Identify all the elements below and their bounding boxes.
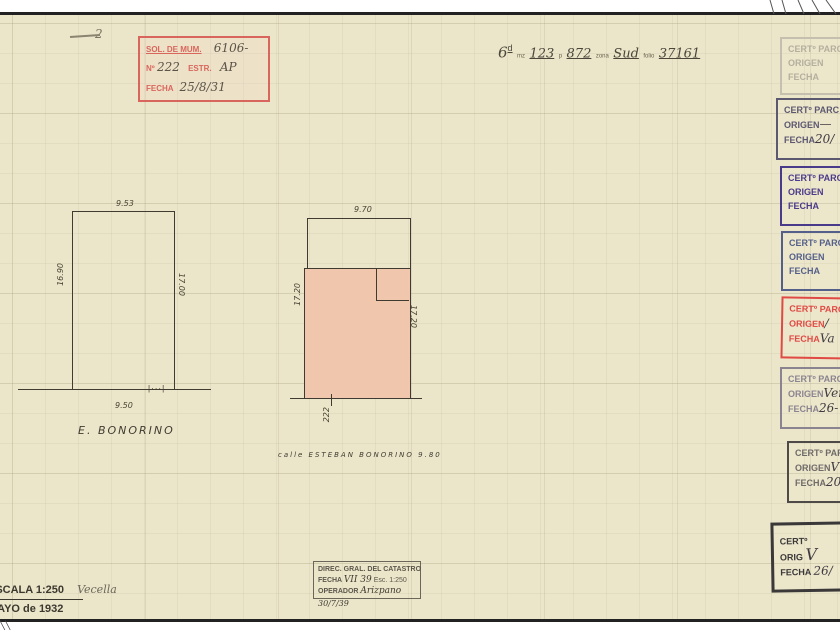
catastro-escala: Esc. 1:250 <box>374 577 407 584</box>
lot-left-left-depth: 16.90 <box>56 263 65 286</box>
lot-right-front-tick <box>331 394 332 406</box>
cert-origen: ORIGEN <box>795 463 831 473</box>
cadastral-plan-sheet: 2 6d mz 123 p 872 zona Sud folio 37161 S… <box>0 12 840 622</box>
ref-prefix-sup: d <box>508 43 513 53</box>
scale-block: ESCALA 1:250 Vecella MAYO de 1932 <box>0 581 117 618</box>
ref-value-4: 37161 <box>659 46 700 61</box>
cert-fecha-value: 20 <box>826 475 840 489</box>
catastro-operador-value: Arizpano <box>360 586 401 596</box>
fecha-value: 25/8/31 <box>180 80 226 94</box>
page-corner-mark: ╲╲ <box>0 621 11 630</box>
estr-value: AP <box>220 60 237 74</box>
cert-fecha: FECHA <box>780 567 811 578</box>
sol-label: SOL. DE MUM. <box>146 45 202 54</box>
cert-fecha: FECHA <box>784 135 815 145</box>
ref-label-3: zona <box>596 53 609 59</box>
cert-fecha: FECHA <box>788 70 840 84</box>
cert-stamp-6: CERTº PARC ORIGENVen FECHA26- <box>780 367 840 429</box>
catastro-stamp: DIREC. GRAL. DEL CATASTRO FECHA VII 39 E… <box>313 561 421 599</box>
ref-value-3: Sud <box>613 46 639 61</box>
scale-label: ESCALA 1:250 <box>0 584 64 596</box>
cert-origen: ORIGEN <box>788 389 824 399</box>
cert-origen-value: / <box>824 316 828 330</box>
lot-right-top-width: 9.70 <box>354 205 372 214</box>
cert-origen: ORIGEN <box>784 120 820 130</box>
num-label: Nº <box>146 64 155 73</box>
cert-fecha: FECHA <box>788 404 819 414</box>
cert-origen-value: Ven <box>824 386 840 400</box>
lot-left-front-width: 9.50 <box>115 401 133 410</box>
lot-left-right-depth: 17.00 <box>177 273 186 296</box>
cert-stamp-2: CERTº PARC ORIGEN— FECHA20/ <box>776 98 840 160</box>
date-label: MAYO de 1932 <box>0 603 63 615</box>
cert-title: CERTº PARC <box>789 236 840 250</box>
cert-fecha-value: Va <box>820 331 835 345</box>
cert-stamp-3: CERTº PARC ORIGEN FECHA <box>780 166 840 226</box>
cert-stamp-5: CERTº PARC ORIGEN/ FECHAVa <box>780 296 840 359</box>
cert-origen: ORIGEN <box>789 250 840 264</box>
catastro-operador-label: OPERADOR <box>318 588 358 595</box>
lot-left-frontline <box>18 389 211 390</box>
cert-title: CERTº PARC <box>788 171 840 185</box>
cert-fecha: FECHA <box>789 264 840 278</box>
solicitud-stamp: SOL. DE MUM. 6106- Nº 222 ESTR. AP FECHA… <box>138 36 270 102</box>
cert-origen-value: — <box>820 117 832 131</box>
cert-title: CERTº PARC <box>795 446 840 460</box>
num-value: 222 <box>157 60 180 74</box>
cert-fecha: FECHA <box>789 334 820 345</box>
fecha-label: FECHA <box>146 84 173 93</box>
catastro-title: DIREC. GRAL. DEL CATASTRO <box>318 564 416 575</box>
lot-right-left-depth: 17.20 <box>293 283 302 306</box>
surveyor-signature: Vecella <box>77 583 117 596</box>
lot-left-outline <box>72 211 175 389</box>
sol-value: 6106- <box>214 41 249 55</box>
catastro-fecha-value: VII 39 <box>344 575 372 585</box>
lot-right-frontline <box>290 398 422 399</box>
cert-origen-value: V <box>831 460 840 474</box>
cert-origen: ORIGEN <box>789 319 825 330</box>
cert-fecha: FECHA <box>795 478 826 488</box>
cert-fecha-value: 26/ <box>813 564 833 578</box>
lot-right-right-depth: 17.20 <box>409 305 418 328</box>
cert-stamp-7: CERTº PARC ORIGENV FECHA20 <box>787 441 840 503</box>
header-reference: 6d mz 123 p 872 zona Sud folio 37161 <box>498 43 700 62</box>
ref-label-4: folio <box>643 53 654 59</box>
cert-title: CERTº PARC <box>789 302 840 317</box>
ref-label-1: mz <box>517 53 525 59</box>
ref-prefix: 6 <box>498 43 508 61</box>
cert-title: CERTº PARC <box>788 372 840 386</box>
cert-stamp-4: CERTº PARC ORIGEN FECHA <box>781 231 840 291</box>
cert-fecha-value: 26- <box>819 401 838 415</box>
cert-title: CERTº PARC <box>788 42 840 56</box>
estr-label: ESTR. <box>188 64 212 73</box>
cert-title: CERTº PARC <box>784 103 840 117</box>
cert-origen: ORIGEN <box>788 185 840 199</box>
cert-origen: ORIG <box>780 552 803 562</box>
catastro-footnote: 30/7/39 <box>318 599 349 608</box>
frontline-tick-marks: |···| <box>148 384 165 393</box>
lot-left-top-width: 9.53 <box>116 199 134 208</box>
ref-label-2: p <box>559 53 562 59</box>
ref-value-1: 123 <box>529 46 554 61</box>
cert-fecha: FECHA <box>788 199 840 213</box>
page-edge-hatch-icon <box>760 0 840 14</box>
cert-stamp-8: CERTº ORIG V FECHA 26/ <box>770 521 840 592</box>
cert-origen-value: V <box>805 545 817 564</box>
cert-stamp-1: CERTº PARC ORIGEN FECHA <box>780 37 840 95</box>
cert-fecha-value: 20/ <box>815 132 834 146</box>
lot-left-street-label: E. BONORINO <box>78 424 175 437</box>
ref-value-2: 872 <box>567 46 592 61</box>
lot-right-inner-room <box>376 269 409 301</box>
cert-origen: ORIGEN <box>788 56 840 70</box>
lot-right-front-mark: 222 <box>322 407 331 422</box>
catastro-fecha-label: FECHA <box>318 577 342 584</box>
lot-right-street-label: calle ESTEBAN BONORINO 9.80 <box>278 451 442 459</box>
